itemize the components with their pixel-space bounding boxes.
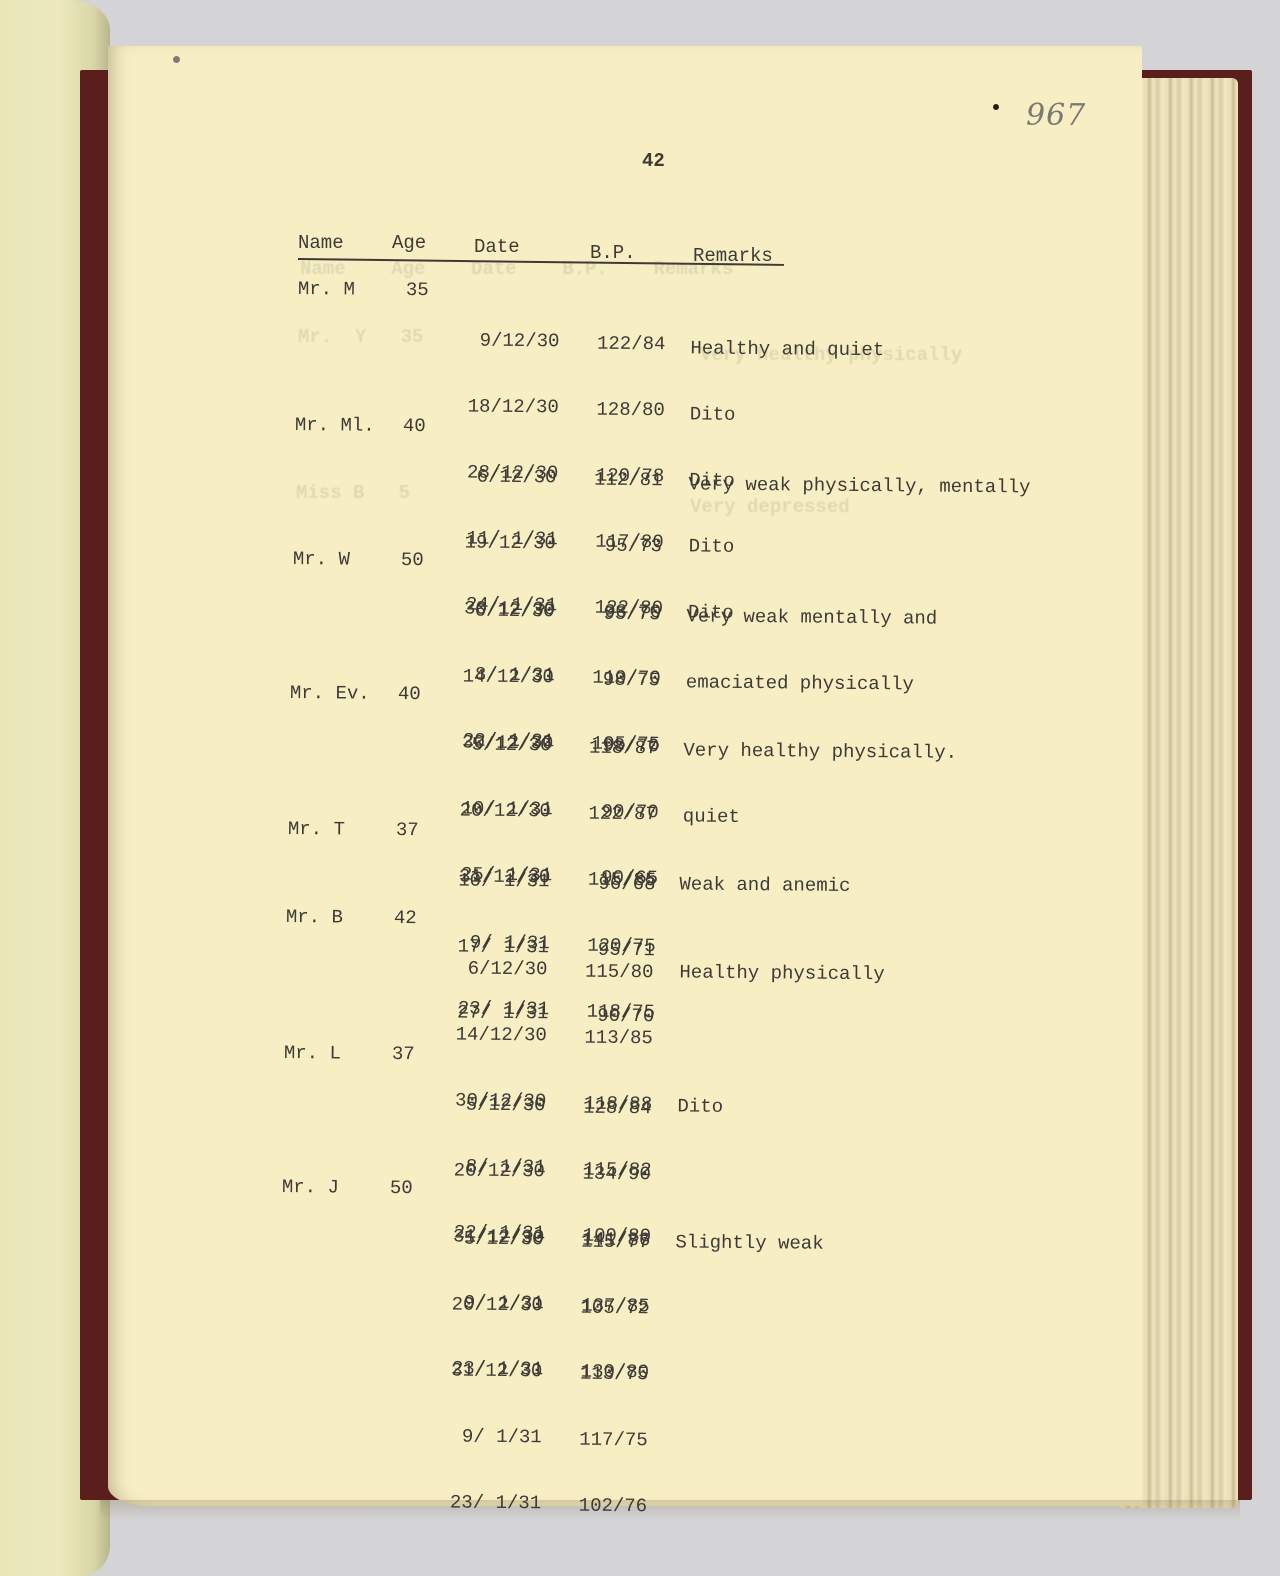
remark-text: Very weak physically, mentally bbox=[688, 473, 1030, 498]
patient-age: 40 bbox=[403, 415, 426, 437]
patient-age: 42 bbox=[394, 907, 417, 929]
date-value: 19/12/30 bbox=[446, 531, 556, 554]
date-value: 31/12/30 bbox=[432, 1359, 542, 1382]
bp-value: 122/84 bbox=[575, 332, 665, 355]
date-value: 5/12/30 bbox=[435, 1093, 545, 1116]
bp-value: 128/80 bbox=[575, 398, 665, 421]
patient-age: 50 bbox=[401, 549, 424, 571]
remark-text: Dito bbox=[677, 1095, 723, 1117]
patient-entry: Mr. L 37 5/12/30 20/12/30 31/12/30 9/ 1/… bbox=[283, 1042, 307, 1174]
patient-entry: Mr. Ml. 40 6/12/30 19/12/30 30/12/30 8/ … bbox=[294, 414, 318, 546]
remark-text: Dito bbox=[690, 403, 884, 427]
patient-entry: Mr. J 50 5/12/30 20/12/30 31/12/30 9/ 1/… bbox=[281, 1176, 305, 1308]
patient-name: Mr. Ev. bbox=[290, 682, 370, 705]
bp-value: 128/84 bbox=[561, 1096, 651, 1119]
date-value: 5/12/30 bbox=[441, 733, 551, 756]
bp-value: 95/73 bbox=[572, 534, 662, 557]
remark-text: Slightly weak bbox=[675, 1231, 823, 1254]
page-bottom-shadow bbox=[100, 1500, 1240, 1520]
bp-value: 134/90 bbox=[561, 1162, 651, 1185]
patient-name: Mr. T bbox=[288, 818, 345, 840]
remark-text: Very healthy physically. bbox=[683, 739, 957, 763]
date-value: 20/12/30 bbox=[435, 1159, 545, 1182]
bp-value: 115/80 bbox=[563, 960, 653, 983]
column-header-name: Name bbox=[298, 232, 344, 254]
remark-text: Healthy physically bbox=[679, 961, 884, 985]
patient-entry: Mr. M 35 9/12/30 18/12/30 28/12/30 11/ 1… bbox=[297, 278, 321, 410]
ink-dot bbox=[993, 104, 999, 110]
patient-age: 37 bbox=[396, 819, 419, 841]
patient-name: Mr. J bbox=[282, 1176, 339, 1198]
patient-age: 35 bbox=[406, 279, 429, 301]
patient-name: Mr. M bbox=[298, 278, 355, 300]
bp-value: 95/75 bbox=[570, 602, 660, 625]
bp-value: 118/87 bbox=[567, 736, 657, 759]
bp-value: 113/85 bbox=[563, 1026, 653, 1049]
bp-value: 102/76 bbox=[557, 1494, 647, 1517]
date-value: 23/ 1/31 bbox=[431, 1491, 541, 1514]
remarks-list: Slightly weak bbox=[675, 1187, 824, 1298]
bp-value: 115/77 bbox=[559, 1230, 649, 1253]
patient-entry: Mr. W 50 6/12/30 14/12/30 30/12/30 10/ 1… bbox=[292, 548, 316, 680]
bp-value: 113/75 bbox=[558, 1362, 648, 1385]
date-list: 5/12/30 20/12/30 31/12/30 9/ 1/31 23/ 1/… bbox=[431, 1183, 544, 1558]
remark-text: Healthy and quiet bbox=[690, 337, 884, 361]
remark-text: quiet bbox=[683, 805, 957, 829]
date-value: 5/12/30 bbox=[433, 1227, 543, 1250]
handwritten-page-number: 967 bbox=[1026, 98, 1086, 133]
date-value: 14/12/30 bbox=[437, 1023, 547, 1046]
remarks-list: Dito bbox=[677, 1051, 724, 1161]
date-value: 20/12/30 bbox=[441, 799, 551, 822]
patient-name: Mr. Ml. bbox=[295, 414, 375, 437]
patient-entry: Mr. B 42 6/12/30 14/12/30 30/12/30 8/ 1/… bbox=[285, 906, 309, 1038]
patient-age: 40 bbox=[398, 683, 421, 705]
bp-value: 96/68 bbox=[565, 872, 655, 895]
date-value: 20/12/30 bbox=[433, 1293, 543, 1316]
date-value: 14/12/30 bbox=[444, 665, 554, 688]
date-value: 18/12/30 bbox=[449, 395, 559, 418]
bp-value: 117/75 bbox=[558, 1428, 648, 1451]
bp-list: 115/77 105/72 113/75 117/75 102/76 bbox=[557, 1186, 650, 1561]
column-header-date: Date bbox=[474, 236, 520, 258]
patient-age: 37 bbox=[392, 1043, 415, 1065]
typed-page-number: 42 bbox=[642, 150, 665, 172]
patient-name: Mr. L bbox=[284, 1042, 341, 1064]
remark-text: Very weak mentally and bbox=[686, 605, 937, 629]
column-header-age: Age bbox=[392, 232, 426, 254]
punch-hole bbox=[173, 56, 180, 63]
patient-name: Mr. B bbox=[286, 906, 343, 928]
date-value: 9/12/30 bbox=[449, 329, 559, 352]
date-value: 6/12/30 bbox=[444, 599, 554, 622]
bp-value: 105/72 bbox=[559, 1296, 649, 1319]
remarks-list: Healthy physically bbox=[679, 917, 885, 1029]
remarks-list: Very weak physically, mentally bbox=[688, 429, 1031, 542]
date-value: 10/ 1/31 bbox=[439, 869, 549, 892]
patient-entry: Mr. Ev. 40 5/12/30 20/12/30 31/12/30 9/ … bbox=[289, 682, 313, 814]
patient-age: 50 bbox=[390, 1177, 413, 1199]
remark-text: Weak and anemic bbox=[679, 873, 850, 896]
date-value: 6/12/30 bbox=[446, 465, 556, 488]
bp-value: 98/75 bbox=[570, 668, 660, 691]
remark-text: emaciated physically bbox=[686, 671, 937, 695]
patient-name: Mr. W bbox=[293, 548, 350, 570]
bp-value: 112/81 bbox=[572, 468, 662, 491]
date-value: 9/ 1/31 bbox=[432, 1425, 542, 1448]
bp-value: 122/87 bbox=[567, 802, 657, 825]
date-value: 6/12/30 bbox=[437, 957, 547, 980]
